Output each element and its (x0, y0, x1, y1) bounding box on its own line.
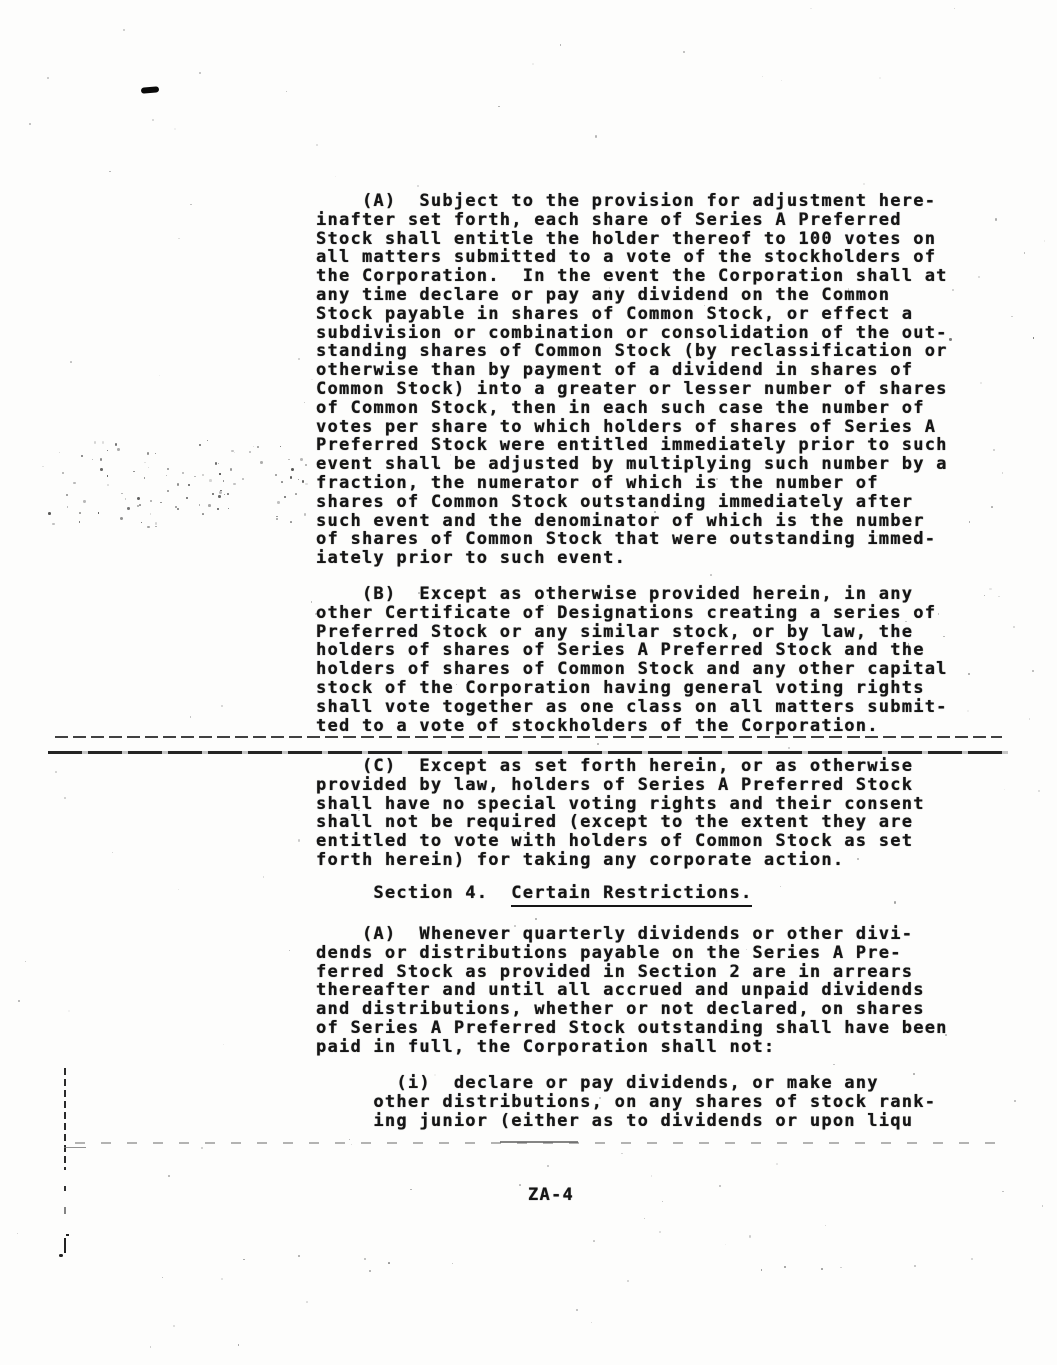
noise-speck (212, 493, 214, 495)
noise-speck (316, 144, 318, 146)
noise-speck (17, 1233, 18, 1234)
noise-speck (1013, 626, 1015, 628)
noise-speck (519, 1184, 521, 1186)
noise-speck (123, 29, 124, 30)
noise-speck (784, 1266, 786, 1268)
faint-scan-line-dark-segment (500, 1141, 578, 1143)
noise-speck (207, 440, 208, 441)
noise-speck (349, 1139, 351, 1141)
noise-speck (221, 1278, 223, 1280)
noise-speck (201, 1147, 203, 1149)
noise-speck (410, 1189, 411, 1190)
noise-speck (776, 1163, 778, 1165)
noise-speck (249, 451, 251, 453)
noise-speck (218, 463, 219, 464)
noise-speck (298, 839, 300, 841)
noise-speck (42, 466, 43, 467)
noise-speck (535, 918, 537, 920)
noise-speck (1002, 472, 1003, 473)
noise-speck (351, 1144, 352, 1145)
noise-speck (220, 490, 221, 491)
noise-speck (125, 498, 127, 500)
noise-speck (949, 338, 951, 340)
noise-speck (452, 1263, 453, 1264)
noise-speck (260, 461, 263, 464)
noise-speck (120, 517, 123, 520)
noise-speck (1032, 670, 1034, 672)
noise-speck (98, 512, 99, 513)
noise-speck (595, 135, 597, 137)
noise-speck (984, 595, 985, 596)
section4-heading-prefix: Section 4. (316, 883, 511, 903)
noise-speck (295, 493, 297, 495)
left-margin-dotted-line (64, 1068, 66, 1170)
paragraph-section3-a: (A) Subject to the provision for adjustm… (316, 192, 948, 568)
noise-speck (954, 8, 955, 9)
paragraph-section4-a: (A) Whenever quarterly dividends or othe… (316, 925, 948, 1057)
noise-speck (286, 91, 287, 92)
noise-speck (221, 705, 223, 707)
noise-speck (64, 797, 66, 799)
noise-speck (218, 495, 221, 498)
noise-speck (224, 494, 225, 495)
noise-speck (188, 484, 190, 486)
section4-heading-title: Certain Restrictions. (511, 883, 752, 907)
noise-speck (133, 471, 135, 473)
noise-speck (121, 493, 123, 495)
noise-speck (991, 506, 993, 508)
noise-speck (290, 476, 293, 479)
page-number: ZA-4 (528, 1186, 574, 1205)
noise-speck (276, 518, 278, 520)
scan-dash-mark (141, 86, 159, 94)
noise-speck (993, 449, 995, 451)
noise-speck (219, 491, 222, 494)
noise-speck (560, 44, 561, 45)
noise-speck (215, 462, 218, 465)
noise-speck (1002, 1191, 1004, 1193)
noise-speck (168, 1175, 170, 1177)
noise-speck (952, 289, 954, 291)
noise-speck (117, 448, 120, 451)
noise-speck (115, 443, 117, 445)
noise-speck (257, 446, 259, 448)
noise-speck (998, 596, 999, 597)
noise-speck (761, 1269, 763, 1271)
noise-speck (300, 458, 303, 461)
noise-speck (177, 508, 179, 510)
left-margin-mark (64, 1186, 66, 1191)
noise-speck (821, 1268, 823, 1270)
noise-speck (83, 500, 85, 502)
noise-speck (107, 484, 109, 486)
noise-speck (280, 446, 281, 447)
noise-speck (894, 901, 896, 903)
noise-speck (288, 459, 289, 460)
noise-speck (160, 502, 161, 503)
noise-speck (275, 474, 277, 476)
noise-speck (199, 444, 201, 446)
noise-speck (242, 478, 244, 480)
noise-speck (48, 512, 51, 515)
paragraph-section4-a-i: (i) declare or pay dividends, or make an… (316, 1074, 936, 1130)
noise-speck (298, 358, 300, 360)
noise-speck (644, 1218, 645, 1219)
noise-speck (162, 1277, 163, 1278)
noise-speck (67, 506, 68, 507)
noise-speck (66, 494, 68, 496)
noise-speck (284, 496, 286, 498)
noise-speck (659, 1231, 661, 1233)
noise-speck (202, 474, 204, 476)
noise-speck (59, 452, 60, 453)
noise-speck (547, 1165, 549, 1167)
left-margin-hook-mark (66, 1234, 69, 1236)
noise-speck (223, 1044, 224, 1045)
noise-speck (152, 119, 154, 121)
noise-speck (144, 462, 145, 463)
noise-speck (18, 1000, 20, 1002)
left-margin-hook-mark (59, 1254, 63, 1257)
noise-speck (967, 710, 969, 712)
noise-speck (137, 497, 140, 500)
noise-speck (311, 379, 312, 380)
noise-speck (591, 1322, 592, 1323)
noise-speck (233, 483, 236, 486)
noise-speck (173, 1325, 175, 1327)
noise-speck (230, 468, 233, 471)
noise-speck (150, 1346, 151, 1347)
noise-speck (335, 176, 336, 177)
noise-speck (788, 747, 790, 749)
left-margin-tick (64, 1147, 86, 1148)
noise-speck (199, 72, 201, 74)
noise-speck (199, 504, 201, 506)
noise-speck (202, 513, 204, 515)
noise-speck (52, 523, 55, 526)
noise-speck (55, 771, 57, 773)
noise-speck (762, 76, 763, 77)
noise-speck (719, 1185, 720, 1186)
noise-speck (148, 467, 149, 468)
noise-speck (217, 508, 219, 510)
noise-speck (182, 472, 183, 473)
noise-speck (576, 1309, 578, 1311)
noise-speck (364, 1258, 366, 1260)
noise-speck (1033, 337, 1034, 338)
noise-speck (277, 501, 280, 504)
noise-speck (231, 450, 233, 452)
noise-speck (155, 522, 158, 525)
noise-speck (73, 482, 76, 485)
noise-speck (159, 375, 160, 376)
noise-speck (1044, 240, 1046, 242)
noise-speck (980, 382, 982, 384)
noise-speck (825, 1225, 826, 1226)
noise-speck (178, 889, 179, 890)
noise-speck (228, 508, 229, 509)
noise-speck (263, 876, 264, 877)
left-margin-hook-mark (64, 1238, 66, 1253)
noise-speck (92, 459, 93, 460)
noise-speck (139, 504, 141, 506)
noise-speck (305, 483, 308, 486)
noise-speck (208, 504, 211, 507)
noise-speck (100, 468, 103, 471)
noise-speck (593, 1240, 595, 1242)
noise-speck (304, 513, 307, 516)
noise-speck (833, 1064, 834, 1065)
noise-speck (79, 521, 80, 522)
noise-speck (166, 475, 167, 476)
noise-speck (627, 1280, 629, 1282)
noise-speck (1029, 718, 1030, 719)
noise-speck (137, 505, 139, 507)
noise-speck (150, 500, 152, 502)
noise-speck (1024, 252, 1026, 254)
noise-speck (1038, 790, 1040, 792)
noise-speck (219, 473, 220, 474)
noise-speck (305, 464, 307, 466)
noise-speck (107, 475, 108, 476)
noise-speck (190, 716, 191, 717)
noise-speck (70, 361, 72, 363)
section4-heading: Section 4. Certain Restrictions. (316, 884, 752, 903)
noise-speck (209, 479, 212, 482)
scanned-document-page: (A) Subject to the provision for adjustm… (0, 0, 1057, 1365)
noise-speck (1004, 789, 1005, 790)
noise-speck (167, 490, 169, 492)
noise-speck (243, 1259, 245, 1261)
noise-speck (178, 238, 180, 240)
noise-speck (662, 1201, 663, 1202)
noise-speck (62, 472, 64, 474)
noise-speck (94, 441, 97, 444)
noise-speck (147, 526, 149, 528)
noise-speck (175, 506, 176, 507)
noise-speck (127, 507, 130, 510)
horizontal-scan-rule (48, 751, 1008, 754)
noise-speck (304, 402, 305, 403)
noise-speck (1014, 1100, 1016, 1102)
noise-speck (68, 1010, 70, 1012)
noise-speck (29, 123, 31, 125)
noise-speck (532, 63, 534, 65)
noise-speck (227, 493, 229, 495)
noise-speck (879, 77, 881, 79)
noise-speck (289, 950, 290, 951)
noise-speck (150, 513, 152, 515)
noise-speck (291, 468, 294, 471)
noise-speck (840, 1267, 842, 1269)
noise-speck (177, 483, 179, 485)
noise-speck (253, 446, 254, 447)
noise-speck (621, 1153, 623, 1155)
noise-speck (238, 1344, 240, 1346)
noise-speck (47, 77, 49, 79)
noise-speck (147, 452, 150, 455)
noise-speck (1011, 316, 1012, 317)
noise-speck (651, 1175, 653, 1177)
noise-speck (276, 516, 277, 517)
noise-speck (281, 481, 283, 483)
left-margin-mark (64, 1207, 66, 1214)
noise-speck (969, 521, 971, 523)
noise-speck (780, 886, 781, 887)
noise-speck (107, 450, 108, 451)
noise-speck (914, 1265, 916, 1267)
noise-speck (597, 743, 599, 745)
noise-speck (710, 574, 712, 576)
noise-speck (79, 512, 81, 514)
noise-speck (100, 458, 102, 460)
noise-speck (369, 1270, 371, 1272)
noise-speck (194, 476, 196, 478)
noise-speck (683, 51, 685, 53)
noise-speck (995, 218, 997, 220)
noise-speck (810, 8, 811, 9)
noise-speck (234, 452, 236, 454)
noise-speck (186, 497, 188, 499)
noise-speck (388, 1262, 390, 1264)
noise-speck (968, 673, 970, 675)
noise-speck (190, 204, 192, 206)
noise-speck (155, 526, 156, 527)
noise-speck (302, 480, 304, 482)
noise-speck (498, 106, 500, 108)
noise-speck (223, 480, 225, 482)
noise-speck (167, 468, 169, 470)
noise-speck (971, 1258, 973, 1260)
noise-speck (311, 601, 313, 603)
noise-speck (25, 961, 26, 962)
noise-speck (989, 588, 991, 590)
noise-speck (1042, 1205, 1044, 1207)
noise-speck (109, 171, 110, 172)
paragraph-section3-b: (B) Except as otherwise provided herein,… (316, 585, 948, 735)
paragraph-section3-c: (C) Except as set forth herein, or as ot… (316, 757, 925, 870)
noise-speck (102, 441, 105, 444)
noise-speck (978, 276, 980, 278)
noise-speck (306, 1301, 308, 1303)
noise-speck (112, 852, 113, 853)
strikethrough-scan-line (55, 736, 1002, 738)
noise-speck (144, 477, 145, 478)
noise-speck (155, 453, 156, 454)
noise-speck (141, 522, 142, 523)
noise-speck (298, 479, 299, 480)
noise-speck (417, 185, 419, 187)
noise-speck (81, 455, 83, 457)
noise-speck (725, 1244, 726, 1245)
noise-speck (290, 521, 292, 523)
noise-speck (781, 80, 782, 81)
noise-speck (298, 1255, 300, 1257)
noise-speck (863, 183, 865, 185)
noise-speck (749, 1235, 751, 1237)
noise-speck (174, 128, 176, 130)
